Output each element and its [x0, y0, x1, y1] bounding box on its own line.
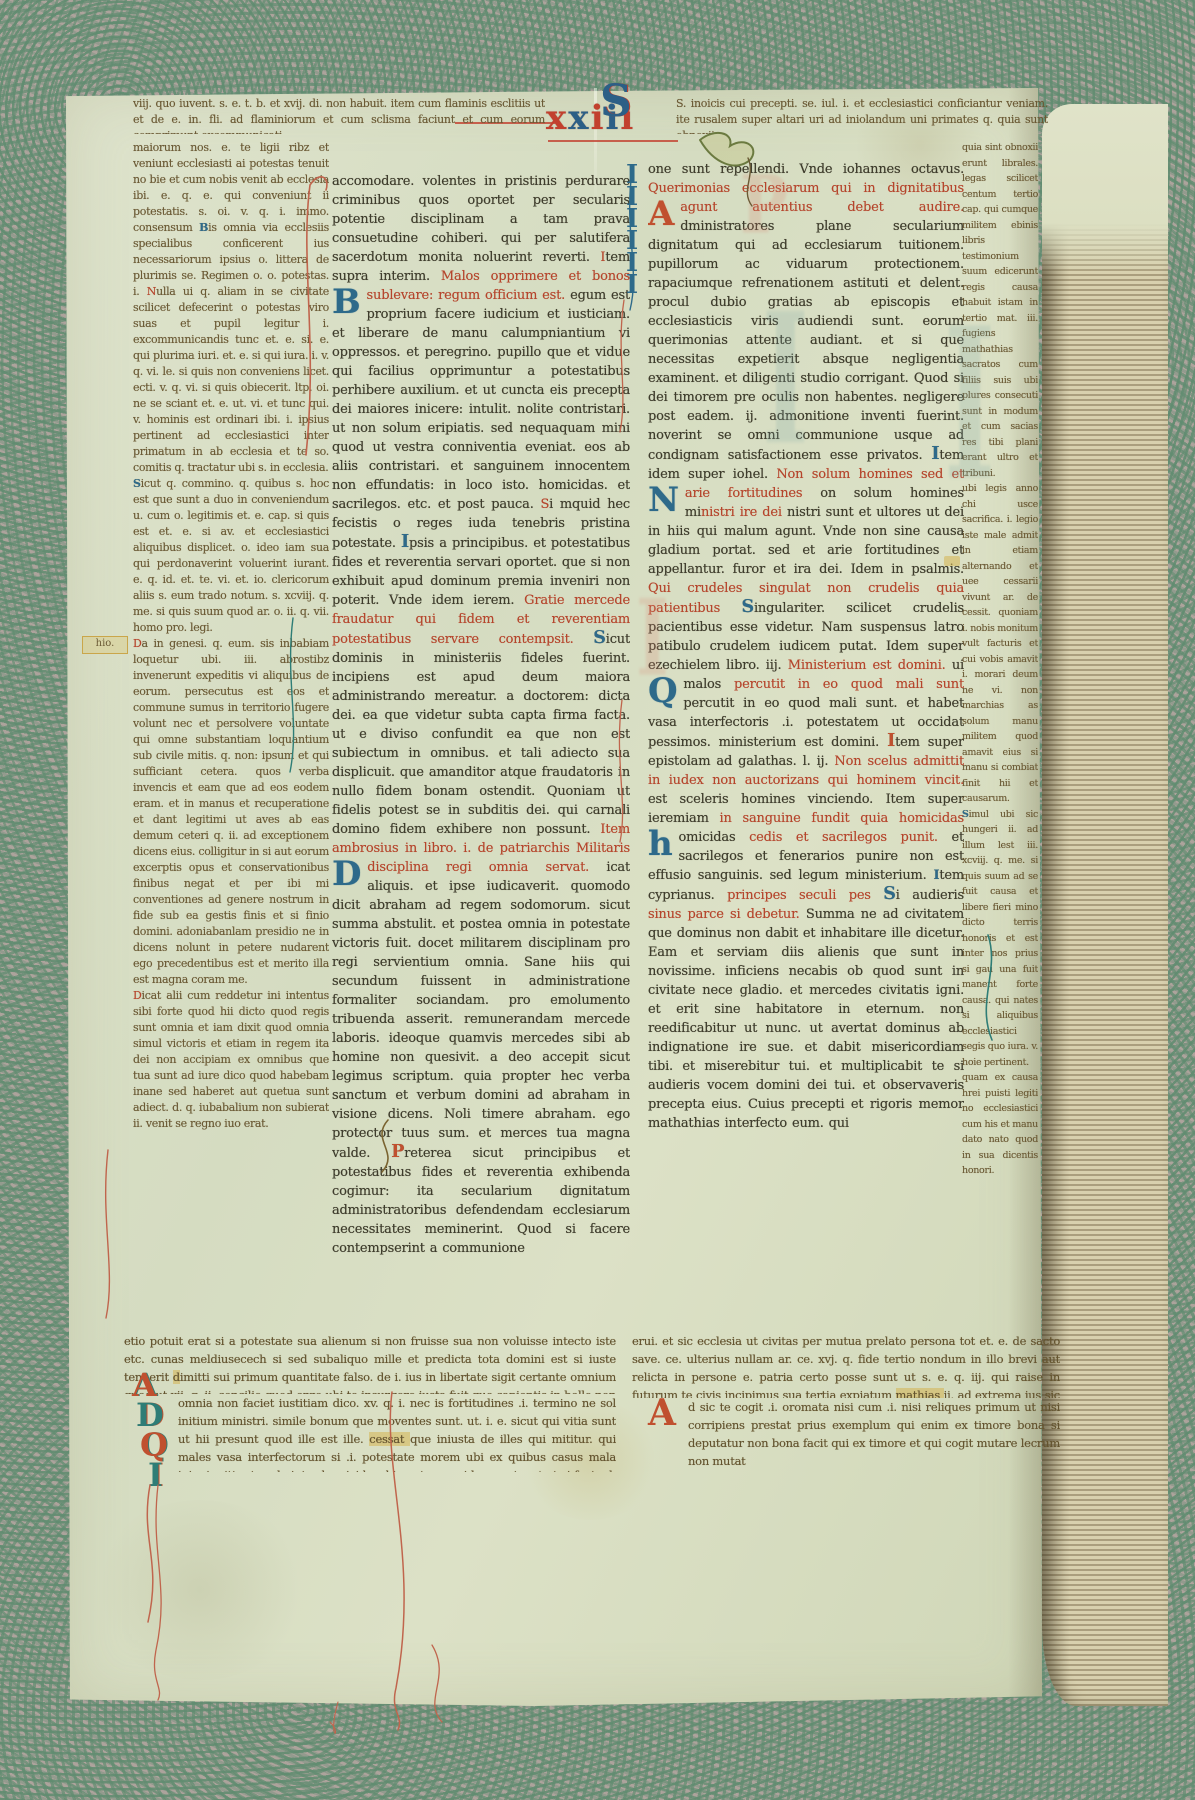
text-segment: sinus parce si debetur.: [648, 907, 806, 922]
text-segment: i audieris: [896, 888, 964, 903]
text-segment: P: [391, 1142, 404, 1162]
margin-note-hio: hio.: [82, 636, 128, 654]
text-segment: reterea sicut principibus et potestatibu…: [332, 1146, 630, 1256]
bottom-gloss-left: etio potuit erat si a potestate sua alie…: [124, 1332, 616, 1394]
bottom-gloss-right: erui. et sic ecclesia ut civitas per mut…: [632, 1332, 1060, 1398]
text-segment: Summa ne ad civitatem que dominus non da…: [648, 907, 964, 1131]
text-segment: A: [648, 199, 674, 229]
gloss-paragraph: etio potuit erat si a potestate sua alie…: [124, 1332, 616, 1394]
book-fore-edge-pages: [1042, 104, 1168, 1706]
text-segment: accomodare. volentes in pristinis perdur…: [332, 174, 630, 265]
gloss-paragraph: omnia non faciet iustitiam dico. xv. q. …: [178, 1394, 616, 1472]
top-gloss-left: viij. quo iuvent. s. e. t. b. et xvij. d…: [133, 96, 545, 134]
gloss-paragraph: quia sint obnoxii erunt librales. legas …: [962, 140, 1038, 481]
text-segment: B: [199, 221, 208, 234]
header-flourished-initial: S: [600, 80, 632, 124]
text-segment: S: [593, 628, 605, 648]
header-red-rule: [548, 140, 678, 142]
text-segment: Q: [648, 676, 677, 706]
text-segment: ubi legis anno chi usce sacrifica. i. le…: [962, 483, 1038, 804]
text-segment: h: [648, 829, 673, 859]
left-gloss-column: maiorum nos. e. te ligii ribz et veniunt…: [133, 140, 329, 1308]
text-segment: icut dominis in ministeriis fideles fuer…: [332, 632, 630, 837]
text-segment: quam ex causa hrei puisti legiti no eccl…: [962, 1072, 1038, 1176]
text-segment: I: [887, 731, 895, 751]
text-segment: D: [332, 859, 361, 889]
bottom-gloss-right-lower: d sic te cogit .i. oromata nisi cum .i. …: [688, 1398, 1060, 1474]
right-gloss-column: quia sint obnoxii erunt librales. legas …: [962, 140, 1038, 1476]
text-segment: S: [133, 477, 141, 490]
text-segment: ulla ui q. aliam in se civitate scilicet…: [133, 285, 329, 474]
text-segment: mathias: [896, 1388, 944, 1398]
text-segment: d sic te cogit .i. oromata nisi cum .i. …: [688, 1400, 1060, 1468]
text-segment: N: [648, 485, 679, 515]
text-segment: imul ubi sic hungeri ii. ad illum lest i…: [962, 809, 1038, 1068]
text-segment: S: [883, 884, 895, 904]
text-segment: N: [147, 285, 156, 298]
main-column-2: one sunt repellendi. Vnde iohannes octav…: [648, 160, 964, 1304]
text-segment: cessat: [369, 1432, 410, 1446]
gloss-paragraph: quam ex causa hrei puisti legiti no eccl…: [962, 1070, 1038, 1179]
text-segment: Querimonias ecclesiarum qui in dignitati…: [648, 181, 964, 215]
text-segment: icat alii cum reddetur ini intentus sibi…: [133, 989, 329, 1130]
main-column-1: accomodare. volentes in pristinis perdur…: [332, 172, 630, 1304]
text-segment: S: [540, 497, 549, 512]
text-segment: icut q. commino. q. quibus s. hoc est qu…: [133, 477, 329, 634]
text-segment: B: [332, 287, 361, 317]
gloss-paragraph: ubi legis anno chi usce sacrifica. i. le…: [962, 481, 1038, 807]
text-segment: viij. quo iuvent. s. e. t. b. et xvij. d…: [133, 97, 545, 134]
text-segment: nistri ire dei: [701, 505, 787, 520]
text-segment: quia sint obnoxii erunt librales. legas …: [962, 142, 1038, 479]
text-segment: D: [133, 637, 142, 650]
text-segment: D: [133, 989, 142, 1002]
gloss-paragraph: Da in genesi. q. eum. sis inbabiam loque…: [133, 636, 329, 988]
gloss-paragraph: Dicat alii cum reddetur ini intentus sib…: [133, 988, 329, 1132]
text-segment: x: [546, 98, 568, 138]
yellow-mark: [944, 556, 960, 566]
gloss-paragraph: Simul ubi sic hungeri ii. ad illum lest …: [962, 807, 1038, 1071]
gloss-paragraph: erui. et sic ecclesia ut civitas per mut…: [632, 1332, 1060, 1398]
text-segment: bonum que moventes sunt. ut. i. e. sicut: [310, 1414, 542, 1428]
text-segment: egum est proprium facere iudicium et ius…: [332, 288, 630, 512]
text-segment: S. inoicis cui precepti. se. iul. i. et …: [676, 97, 1048, 134]
text-segment: x: [568, 98, 590, 138]
bottom-gloss-left-lower: omnia non faciet iustitiam dico. xv. q. …: [178, 1394, 616, 1472]
text-segment: dministratores plane secularium dignitat…: [648, 219, 964, 463]
gloss-paragraph: maiorum nos. e. te ligii ribz et veniunt…: [133, 140, 329, 476]
text-segment: Ministerium est domini.: [788, 658, 952, 673]
text-segment: cedis et sacrilegos punit.: [749, 830, 951, 845]
text-segment: principes seculi pes: [727, 888, 883, 903]
manuscript-photo: xxiii S viij. quo iuvent. s. e. t. b. et…: [0, 0, 1195, 1800]
top-gloss-right: S. inoicis cui precepti. se. iul. i. et …: [676, 96, 1048, 134]
gloss-paragraph: Sicut q. commino. q. quibus s. hoc est q…: [133, 476, 329, 636]
text-segment: icat aliquis. et ipse iudicaverit. quomo…: [332, 860, 630, 1161]
text-segment: S: [741, 597, 753, 617]
text-segment: one sunt repellendi. Vnde iohannes octav…: [648, 162, 964, 177]
text-segment: in sanguine fundit quia homicidas: [720, 811, 964, 826]
text-segment: I: [401, 532, 409, 552]
text-segment: d: [173, 1370, 180, 1384]
text-segment: imitti sui primum quantitate falso. de i…: [124, 1370, 616, 1394]
fore-edge-blank-top: [1042, 104, 1168, 274]
text-segment: a in genesi. q. eum. sis inbabiam loquet…: [133, 637, 329, 986]
gloss-paragraph: d sic te cogit .i. oromata nisi cum .i. …: [688, 1398, 1060, 1470]
text-segment: percutit in eo quod mali sunt: [734, 677, 964, 692]
text-segment: omicidas: [679, 830, 750, 845]
